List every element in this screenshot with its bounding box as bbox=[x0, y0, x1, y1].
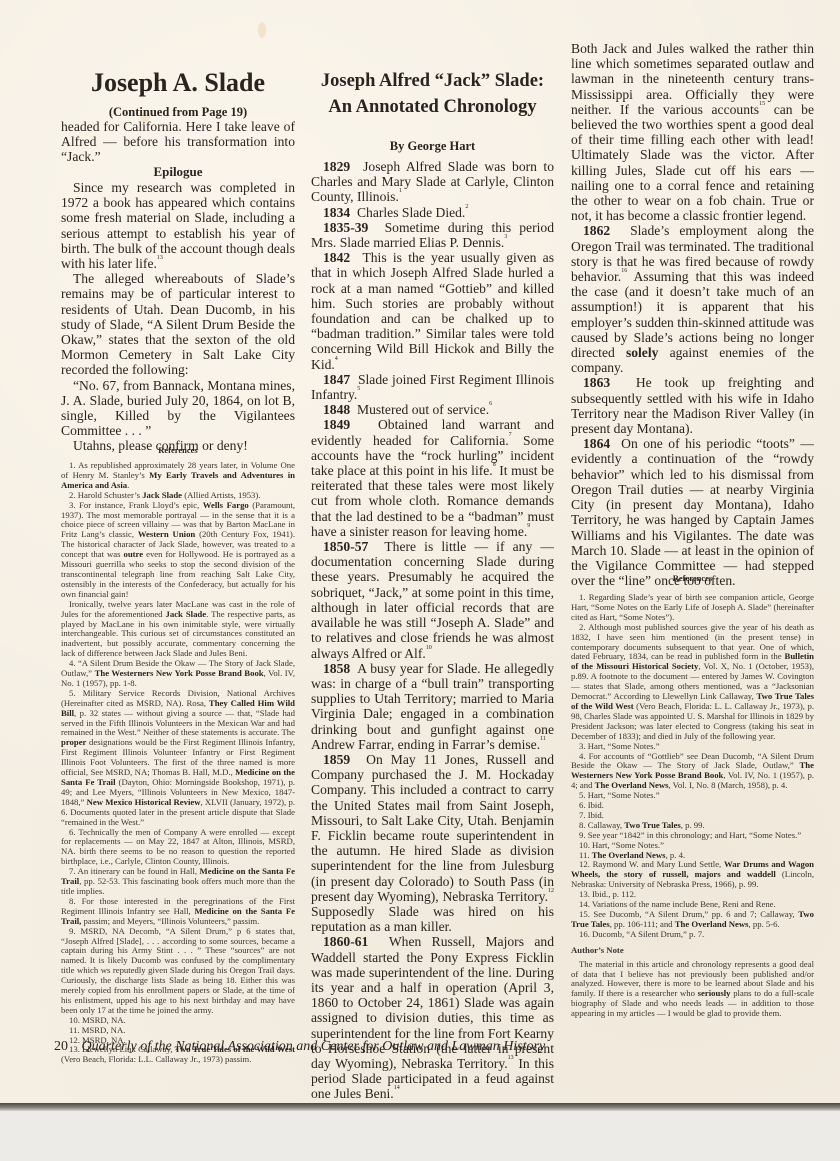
author-note: The material in this article and chronol… bbox=[571, 960, 814, 1019]
chronology-entry: 1848 Mustered out of service.6 bbox=[311, 402, 554, 417]
chronology-continuation: Both Jack and Jules walked the rather th… bbox=[571, 41, 814, 223]
reference-item: 6. Technically the men of Company A were… bbox=[61, 828, 295, 868]
entry-year: 1862 bbox=[583, 223, 610, 238]
chronology-entry: 1859 On May 11 Jones, Russell and Compan… bbox=[311, 752, 554, 934]
chronology-entries-continued: Both Jack and Jules walked the rather th… bbox=[571, 41, 814, 588]
chronology-entry: 1835-39 Sometime during this period Mrs.… bbox=[311, 220, 554, 250]
chronology-entry: 1842 This is the year usually given as t… bbox=[311, 250, 554, 372]
entry-year: 1864 bbox=[583, 436, 610, 451]
reference-item: 15. See Ducomb, “A Silent Drum,” pp. 6 a… bbox=[571, 910, 814, 930]
epilogue-paragraph: The alleged whereabouts of Slade’s remai… bbox=[61, 271, 295, 377]
reference-item: 6. Ibid. bbox=[571, 801, 814, 811]
epilogue-heading: Epilogue bbox=[61, 164, 295, 180]
entry-year: 1849 bbox=[323, 417, 350, 432]
entry-year: 1842 bbox=[323, 250, 350, 265]
opening-paragraph: headed for California. Here I take leave… bbox=[61, 119, 295, 165]
chronology-title: Joseph Alfred “Jack” Slade: An Annotated… bbox=[311, 68, 554, 120]
references-list: 1. Regarding Slade’s year of birth see c… bbox=[571, 593, 814, 1019]
references-heading: References bbox=[571, 573, 814, 583]
chronology-entry: 1850-57 There is little — if any — docum… bbox=[311, 539, 554, 661]
page-edge-shadow bbox=[0, 1103, 840, 1111]
entry-year: 1858 bbox=[323, 661, 350, 676]
reference-item: 4. For accounts of “Gottlieb” see Dean D… bbox=[571, 752, 814, 792]
article-title: Joseph A. Slade bbox=[61, 68, 295, 98]
entry-year: 1860-61 bbox=[323, 934, 368, 949]
entry-year: 1863 bbox=[583, 375, 610, 390]
paper-stain bbox=[258, 22, 266, 38]
reference-item: 8. For those interested in the peregrina… bbox=[61, 897, 295, 927]
entry-year: 1834 bbox=[323, 205, 350, 220]
publication-name: Quarterly of the National Association an… bbox=[82, 1039, 546, 1054]
page-number: 20 bbox=[54, 1039, 68, 1054]
entry-year: 1859 bbox=[323, 752, 350, 767]
reference-item: 1. Regarding Slade’s year of birth see c… bbox=[571, 593, 814, 623]
chronology-entries: 1829 Joseph Alfred Slade was born to Cha… bbox=[311, 159, 554, 1102]
reference-item: 5. Hart, “Some Notes.” bbox=[571, 791, 814, 801]
chronology-entry: 1829 Joseph Alfred Slade was born to Cha… bbox=[311, 159, 554, 205]
epilogue-paragraph: Since my research was completed in 1972 … bbox=[61, 180, 295, 271]
entry-year: 1847 bbox=[323, 372, 350, 387]
reference-item: Ironically, twelve years later MacLane w… bbox=[61, 600, 295, 659]
epilogue-paragraph: “No. 67, from Bannack, Montana mines, J.… bbox=[61, 378, 295, 439]
entry-year: 1835-39 bbox=[323, 220, 368, 235]
chronology-entry: 1847 Slade joined First Regiment Illinoi… bbox=[311, 372, 554, 402]
scanner-background bbox=[0, 1111, 840, 1161]
page-footer: 20 Quarterly of the National Association… bbox=[54, 1039, 545, 1055]
reference-item: 1. As republished approximately 28 years… bbox=[61, 461, 295, 491]
chronology-entry: 1858 A busy year for Slade. He allegedly… bbox=[311, 661, 554, 752]
reference-item: 12. Raymond W. and Mary Lund Settle, War… bbox=[571, 860, 814, 890]
reference-item: 3. For instance, Frank Lloyd’s epic, Wel… bbox=[61, 501, 295, 600]
continued-note: (Continued from Page 19) bbox=[61, 105, 295, 120]
chronology-entry: 1834 Charles Slade Died.2 bbox=[311, 205, 554, 220]
byline: By George Hart bbox=[311, 139, 554, 154]
chronology-entry: 1849 Obtained land warrant and evidently… bbox=[311, 417, 554, 539]
chronology-entry: 1862 Slade’s employment along the Oregon… bbox=[571, 223, 814, 375]
author-note-heading: Author’s Note bbox=[571, 946, 814, 956]
references-heading: References bbox=[61, 445, 295, 455]
chronology-entry: 1863 He took up freighting and subsequen… bbox=[571, 375, 814, 436]
entry-year: 1850-57 bbox=[323, 539, 368, 554]
entry-year: 1848 bbox=[323, 402, 350, 417]
entry-year: 1829 bbox=[323, 159, 350, 174]
reference-item: 9. MSRD, NA Decomb, “A Silent Drum,” p 6… bbox=[61, 927, 295, 1016]
references-list: 1. As republished approximately 28 years… bbox=[61, 461, 295, 1065]
reference-item: 4. “A Silent Drum Beside the Okaw — The … bbox=[61, 659, 295, 689]
chronology-entry: 1860-61 When Russell, Majors and Waddell… bbox=[311, 934, 554, 1101]
reference-item: 16. Ducomb, “A Silent Drum,” p. 7. bbox=[571, 930, 814, 940]
reference-item: 5. Military Service Records Division, Na… bbox=[61, 689, 295, 828]
reference-item: 2. Although most published sources give … bbox=[571, 623, 814, 742]
reference-item: 3. Hart, “Some Notes.” bbox=[571, 742, 814, 752]
reference-item: 7. An itinerary can be found in Hall, Me… bbox=[61, 867, 295, 897]
magazine-page: Joseph A. Slade (Continued from Page 19)… bbox=[0, 0, 840, 1103]
epilogue-body: Since my research was completed in 1972 … bbox=[61, 180, 295, 454]
chronology-entry: 1864 On one of his periodic “toots” — ev… bbox=[571, 436, 814, 588]
